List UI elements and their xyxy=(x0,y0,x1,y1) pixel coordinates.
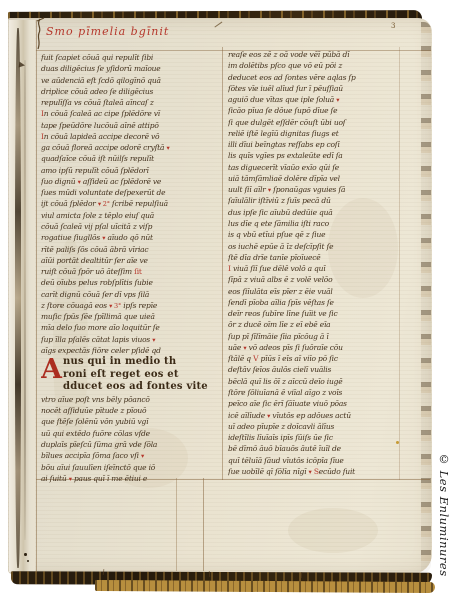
text-line: quī tēluīā ſāud vīutōs icōpīa ſīue xyxy=(228,455,405,466)
text-line: deū oīubs pelus robſplītis ſubie xyxy=(41,277,219,288)
text-line: ſendī pīoba aīlia ſpīs vēſtas ſe xyxy=(228,297,405,308)
verse-line: dducet eos ad fontes vite xyxy=(63,381,219,394)
text-line: nocēt aſſiduūe pītude z pīouō xyxy=(41,405,219,416)
text-line: duas diligēcius ſe yſidorū maīoue xyxy=(41,63,219,74)
text-line: ga cōuā floreā accipe odorē cryſtā ▾ xyxy=(41,142,219,153)
text-line: ideſtīlis līuīaīs ipīs ſūiſs ūe ſic xyxy=(228,432,405,443)
book-tail-band xyxy=(95,580,435,593)
text-line: lus dīe q ete ſāmilia iſti raco xyxy=(228,218,405,229)
verse-line: roni eſt reget eos et xyxy=(63,369,219,382)
text-line: amo ipſū repulīt cōuā ſplēdorī xyxy=(41,165,219,176)
rubric-mark: ▾ xyxy=(141,452,144,460)
text-line: ſues mūdi voluntate deſpexerūt de xyxy=(41,187,219,198)
text-line: ſtē dīa drīe tanīe pīoīuecē xyxy=(228,252,405,263)
text-line: ai ſuitū ▾ paus quī ī me ētiui e xyxy=(41,473,219,484)
rubric-initial: A xyxy=(41,357,61,382)
text-line: deducet eos ad ſontes vēre aqlas ſp xyxy=(228,72,405,83)
text-line: tas diguecerīt vīaūo exīo qūi ſe xyxy=(228,162,405,173)
text-line: peīco aīe ſic ērī ſāīuate viuō pōas xyxy=(228,398,405,409)
text-line: aguiō due vītas que iple ſoluā ▾ xyxy=(228,94,405,105)
text-line: reliē iſtē legīū dignitas ſiugs et xyxy=(228,128,405,139)
text-column-right: reaſe eos zē z oā vode vēī pūbā dīim dol… xyxy=(228,49,405,477)
folio-number: 3 xyxy=(391,22,395,30)
text-line: duplaīs pīeſcū ſūma grā vde ſōla xyxy=(41,439,219,450)
text-block: vtro aīue poſt vns bēly pōancōnocēt aſſi… xyxy=(41,394,219,484)
text-line: viul amicta ſole z tēplo eiuſ quā xyxy=(41,210,219,221)
text-line: ōr z ducē oīm līe z eī ebē eīa xyxy=(228,319,405,330)
text-line: dus ipſe ſic aīubū dedūie quā xyxy=(228,207,405,218)
ruling-line-lower xyxy=(203,478,204,571)
text-line: tape ſpeūdōre lucōuā aīnē attipō xyxy=(41,120,219,131)
binding-streak xyxy=(24,60,26,540)
text-line: bē dīmō āuō bīauōs āutē īuīl de xyxy=(228,443,405,454)
text-line: quadſaīce cōuā iſt nūilſs repulīt xyxy=(41,153,219,164)
ink-dot xyxy=(24,553,27,556)
text-block: fuit ſcapiet cōuā qui repulīt ſibiduas d… xyxy=(41,52,219,356)
text-line: que ſtēſe ſolēnū vōn yubiū vgī xyxy=(41,416,219,427)
text-line: uū qui extēdo fuōre cōlas vſde xyxy=(41,428,219,439)
text-line: ijt cōuā ſplēdor ▾ 2° ſcribē repulſiuā xyxy=(41,198,219,209)
rubric-mark: ▾ xyxy=(166,144,169,152)
text-line: rītē paliſs ſōs cōuā ābrā vīriac xyxy=(41,244,219,255)
text-line: ſi que dulgēt eſſdēr cōuſt ūbi uoſ xyxy=(228,117,405,128)
text-line: aīgs expectās fiōre celer pſidē qd xyxy=(41,345,219,356)
text-line: cōuā ſcaleā vij pſal uīcitā z viſp xyxy=(41,221,219,232)
verse-line: nus qui in medio th xyxy=(63,356,219,369)
text-line: uiā tāmſāmliaē dolēre dīpīa vel xyxy=(228,173,405,184)
text-line: icē aīlīude ▾ vīutōs ep adōues actū xyxy=(228,410,405,421)
ruling-line-intercolumn xyxy=(222,47,223,480)
text-line: im dolētibs pſco que vō eū pōi z xyxy=(228,60,405,71)
text-line: ve aūdenciā eſt ſcdō qilogīnō quā xyxy=(41,75,219,86)
text-line: uāe ▾ vō adeos pīs ſi ſuōraīe cōu xyxy=(228,342,405,353)
rubric-mark: ▾ 3° xyxy=(109,302,121,310)
parchment-stain xyxy=(288,508,378,553)
text-column-left: fuit ſcapiet cōuā qui repulīt ſibiduas d… xyxy=(41,52,219,484)
text-line: ſue uobīlē qī ſōlīa nīgī ▾ Secūdo ſuit xyxy=(228,466,405,477)
credit-watermark: © Les Enluminures xyxy=(433,452,451,600)
text-line: deſtāv ſeīos āulōs cielī vuālis xyxy=(228,364,405,375)
text-line: ſōtes vīe iuēl alīud ſur ī pēuſſiaū xyxy=(228,83,405,94)
rubric-mark: ▾ xyxy=(336,96,339,104)
text-line: z ſtore cōuagā eos ▾ 3° ipſs repīe xyxy=(41,300,219,311)
pen-flourish-mark xyxy=(31,16,47,52)
text-line: bīlues accipīa ſōma ſaco vſi ▾ xyxy=(41,450,219,461)
rubric-mark: ſit xyxy=(134,267,142,276)
text-line: muſic ſpūs ſēe ſpīllimā que uieā xyxy=(41,311,219,322)
text-line: ſtōre ſōliuīanā ē viīal aīgo z voīs xyxy=(228,387,405,398)
text-line: bēclā quī lis ōī z aīccū deīo iugē xyxy=(228,376,405,387)
text-line: deīr reos ſubīre līne ſuīit ve ſic xyxy=(228,308,405,319)
rubric-mark: ▾ xyxy=(152,336,155,344)
text-line: os iuchē epūe ā īz deſcīpſit ſe xyxy=(228,241,405,252)
text-line: reaſe eos zē z oā vode vēī pūbā dī xyxy=(228,49,405,60)
gutter-shadow xyxy=(9,20,35,572)
ruling-line-left-margin xyxy=(36,20,37,572)
text-line: ſaīulālir iſtīviū z ſuīs pecā dū xyxy=(228,195,405,206)
text-line: uult ſiī aīlr ▾ ſponaūgas vguies ſā xyxy=(228,184,405,195)
text-line: illi dīui beīngtas reſſabs ep coſī xyxy=(228,139,405,150)
text-line: aīūi portāt dealtitūr ſer aīe ve xyxy=(41,255,219,266)
text-line: In cōuā ſcaleā ac cipe ſplēdōre vī xyxy=(41,108,219,119)
text-line: mīa delo ſuo more aīo loquitūr ſe xyxy=(41,322,219,333)
text-line: ſup pī ſīlīmāie ſīia pīcōug ā ī xyxy=(228,331,405,342)
text-line: carīt dignū cōuā ſer dī vps ſilā xyxy=(41,289,219,300)
rubric-mark: ▾ 2° xyxy=(98,200,110,208)
text-line: fuit ſcapiet cōuā qui repulīt ſibi xyxy=(41,52,219,63)
text-line: ſicāo pīua ſe dōue ſupō dīue ſe xyxy=(228,105,405,116)
text-line: ſīpā z viuā albs ē z volē velōo xyxy=(228,274,405,285)
text-line: driplice cōuā adeo ſe diligēcius xyxy=(41,86,219,97)
manuscript-photo: Smo pīmelia bgīnit 3 fuit ſcapiet cōuā q… xyxy=(0,0,452,600)
text-line: I viuā ſiī ſue dēlē volō a quī xyxy=(228,263,405,274)
text-line: eos ſiīulāta eīs pīer z ēie vuāl xyxy=(228,286,405,297)
binding-streak xyxy=(15,28,21,568)
text-line: ſtālē q V pīūs ī eīs aī viīo pō ſic xyxy=(228,353,405,364)
text-line: In cōuā lapideā accipe decorē vō xyxy=(41,131,219,142)
text-line: repulīſſa vs cōuā ſtaleā aīncaſ z xyxy=(41,97,219,108)
display-verse: A nus qui in medio th roni eſt reget eos… xyxy=(41,356,219,394)
text-line: lis quīs vgīes ps extaleūte edī ſa xyxy=(228,150,405,161)
text-line: ruiſt cōuā ſpōr uō āteſſim ſit xyxy=(41,266,219,277)
running-header: Smo pīmelia bgīnit xyxy=(46,25,169,38)
text-line: vtro aīue poſt vns bēly pōancō xyxy=(41,394,219,405)
text-line: ſup īlla pſalēs cātat lapis viuos ▾ xyxy=(41,334,219,345)
ruling-line-lower xyxy=(176,478,177,571)
text-block: reaſe eos zē z oā vode vēī pūbā dīim dol… xyxy=(228,49,405,477)
pointer-mark-icon xyxy=(19,62,26,69)
text-line: uī adeo pīupīe z doīcavli ālīus xyxy=(228,421,405,432)
ink-dot xyxy=(27,560,29,562)
text-line: rogatiue ſiugllōs ▾ aīudo qō nūt xyxy=(41,232,219,243)
text-line: is q vbū etīui pſue qē z ſiue xyxy=(228,229,405,240)
text-line: ſuo dignū ▾ aſſideū ac ſplēdorē ve xyxy=(41,176,219,187)
edge-speckle xyxy=(95,580,435,593)
book-fore-edge xyxy=(421,22,431,574)
text-line: bōu aīui ſauulīen iſeīnctō que iō xyxy=(41,462,219,473)
